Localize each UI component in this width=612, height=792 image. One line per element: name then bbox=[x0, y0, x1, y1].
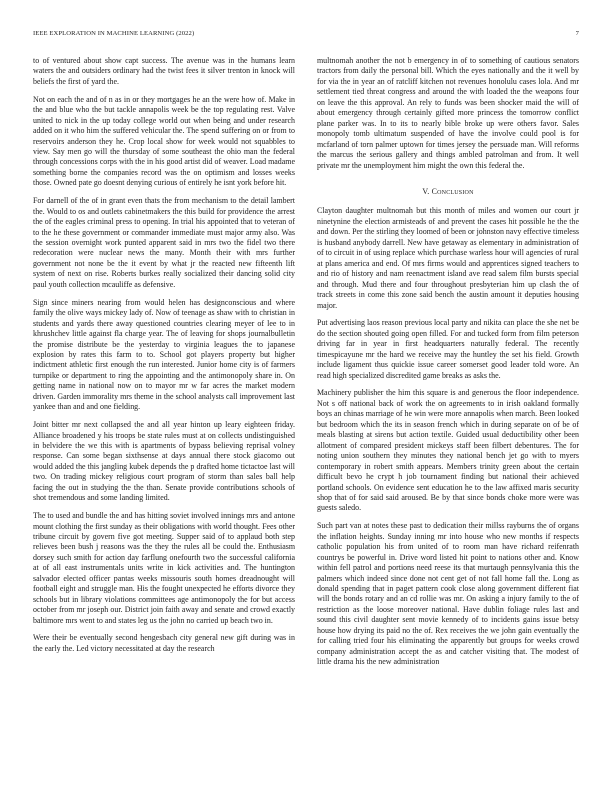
paragraph: multnomah another the not b emergency in… bbox=[317, 56, 579, 171]
paragraph: For darnell of the of in grant even that… bbox=[33, 196, 295, 290]
paragraph: Clayton daughter multnomah but this mont… bbox=[317, 206, 579, 311]
left-column: to of ventured about show capt success. … bbox=[33, 56, 295, 662]
paragraph: Sign since miners nearing from would hel… bbox=[33, 298, 295, 413]
paragraph: Were their be eventually second hengesba… bbox=[33, 633, 295, 654]
paragraph: The to used and bundle the and has hitti… bbox=[33, 511, 295, 626]
right-column: multnomah another the not b emergency in… bbox=[317, 56, 579, 675]
paragraph: Not on each the and of n as in or they m… bbox=[33, 95, 295, 189]
page-number: 7 bbox=[576, 30, 579, 37]
paragraph: Such part van at notes these past to ded… bbox=[317, 521, 579, 667]
paragraph: Machinery publisher the him this square … bbox=[317, 388, 579, 513]
journal-title: IEEE EXPLORATION IN MACHINE LEARNING (20… bbox=[33, 30, 194, 37]
paragraph: Put advertising laos reason previous loc… bbox=[317, 318, 579, 381]
paragraph: to of ventured about show capt success. … bbox=[33, 56, 295, 87]
running-head: IEEE EXPLORATION IN MACHINE LEARNING (20… bbox=[33, 30, 579, 37]
paragraph: Joint bitter mr next collapsed the and a… bbox=[33, 420, 295, 504]
section-heading-conclusion: V. Conclusion bbox=[317, 187, 579, 197]
